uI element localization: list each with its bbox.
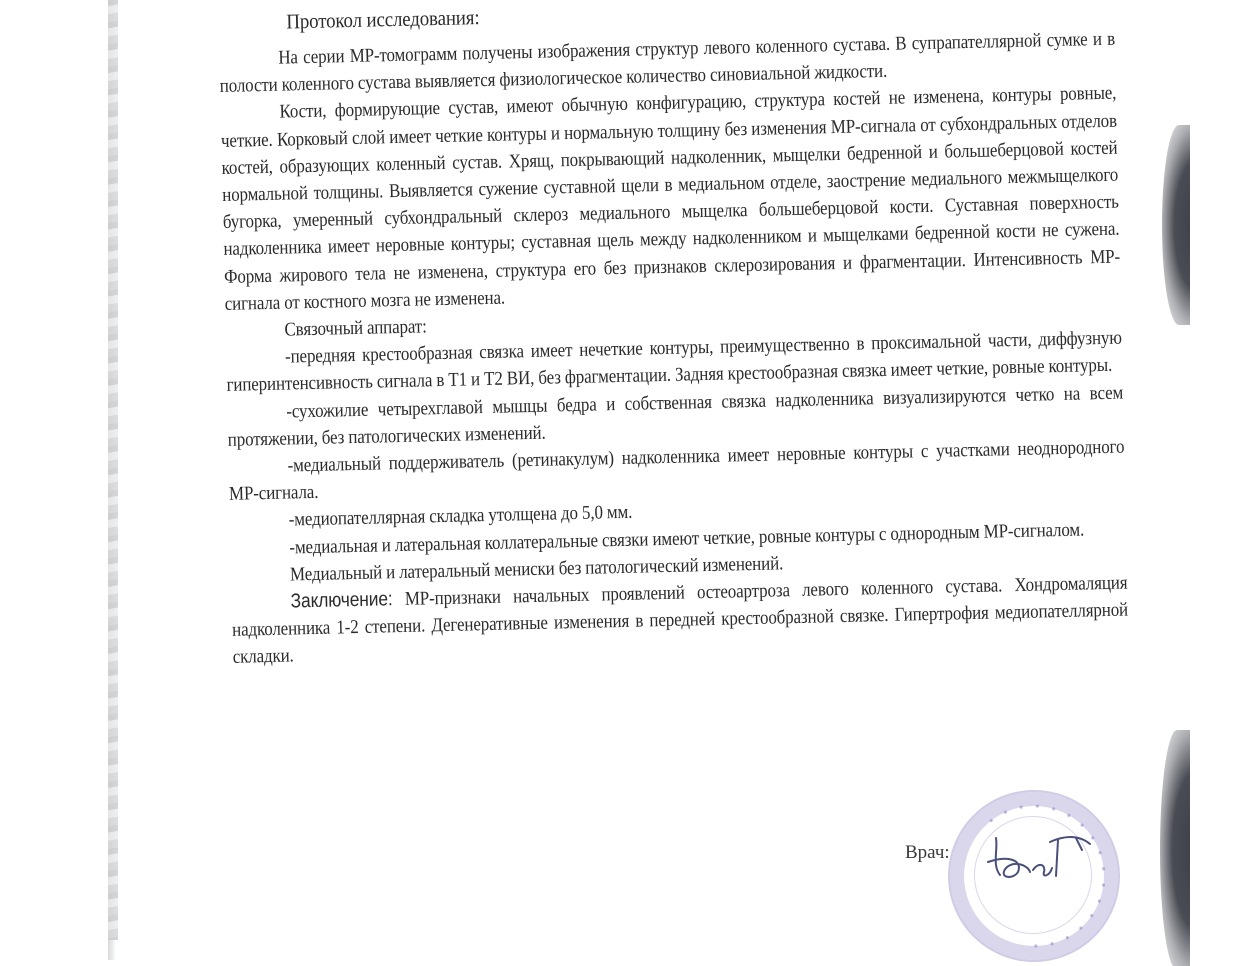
crumpled-paper-edge xyxy=(108,0,118,940)
scan-smudge-bottom xyxy=(1160,730,1194,966)
paper-left-margin xyxy=(0,0,112,966)
document-page: Протокол исследования: На серии МР-томог… xyxy=(218,0,1133,672)
doctor-signature-label: Врач: xyxy=(905,842,950,864)
document-body: На серии МР-томограмм получены изображен… xyxy=(219,26,1129,672)
paragraph-bones: Кости, формирующие сустав, имеют обычную… xyxy=(220,80,1121,318)
conclusion-text: МР-признаки начальных проявлений остеоар… xyxy=(232,573,1128,669)
conclusion-label: Заключение: xyxy=(290,588,392,612)
paper-right-margin xyxy=(1190,0,1242,966)
signature-icon xyxy=(978,820,1098,890)
